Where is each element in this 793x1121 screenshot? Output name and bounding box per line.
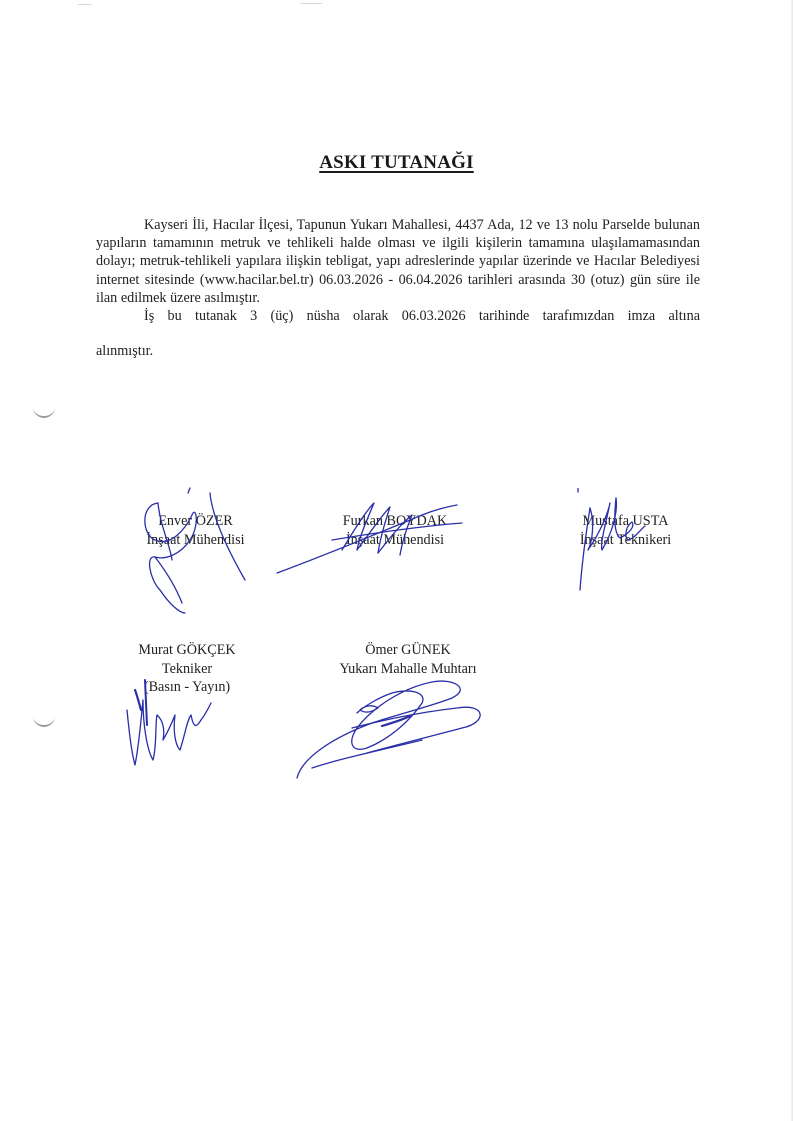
signatory-name: Furkan BOYDAK [325, 512, 465, 531]
body-paragraph: Kayseri İli, Hacılar İlçesi, Tapunun Yuk… [96, 216, 700, 307]
scan-speck [300, 3, 322, 4]
signatory-title: Yukarı Mahalle Muhtarı [328, 660, 488, 679]
scan-speck [78, 4, 92, 5]
signature-omer-gunek [292, 668, 492, 783]
signatory-name: Murat GÖKÇEK [117, 641, 257, 660]
signatory-block: Ömer GÜNEK Yukarı Mahalle Muhtarı [328, 641, 488, 678]
punch-hole-mark [33, 711, 55, 727]
signatory-title: İnşaat Teknikeri [568, 531, 683, 550]
signature-enver-ozer [130, 485, 260, 615]
document-title: ASKI TUTANAĞI [0, 152, 793, 174]
signatory-block: Enver ÖZER İnşaat Mühendisi [128, 512, 263, 549]
signatory-name: Ömer GÜNEK [328, 641, 488, 660]
document-body: Kayseri İli, Hacılar İlçesi, Tapunun Yuk… [96, 216, 700, 325]
signatory-block: Murat GÖKÇEK Tekniker (Basın - Yayın) [117, 641, 257, 697]
closing-line: alınmıştır. [96, 343, 153, 360]
signatory-title: İnşaat Mühendisi [128, 531, 263, 550]
document-page: ASKI TUTANAĞI Kayseri İli, Hacılar İlçes… [0, 0, 793, 1121]
signatory-name: Mustafa USTA [568, 512, 683, 531]
signatory-block: Mustafa USTA İnşaat Teknikeri [568, 512, 683, 549]
signatory-title: İnşaat Mühendisi [325, 531, 465, 550]
body-paragraph: İş bu tutanak 3 (üç) nüsha olarak 06.03.… [96, 307, 700, 325]
signatory-name: Enver ÖZER [128, 512, 263, 531]
signatory-title: Tekniker [117, 660, 257, 679]
punch-hole-mark [33, 402, 55, 418]
signatory-subtitle: (Basın - Yayın) [117, 678, 257, 697]
signatory-block: Furkan BOYDAK İnşaat Mühendisi [325, 512, 465, 549]
